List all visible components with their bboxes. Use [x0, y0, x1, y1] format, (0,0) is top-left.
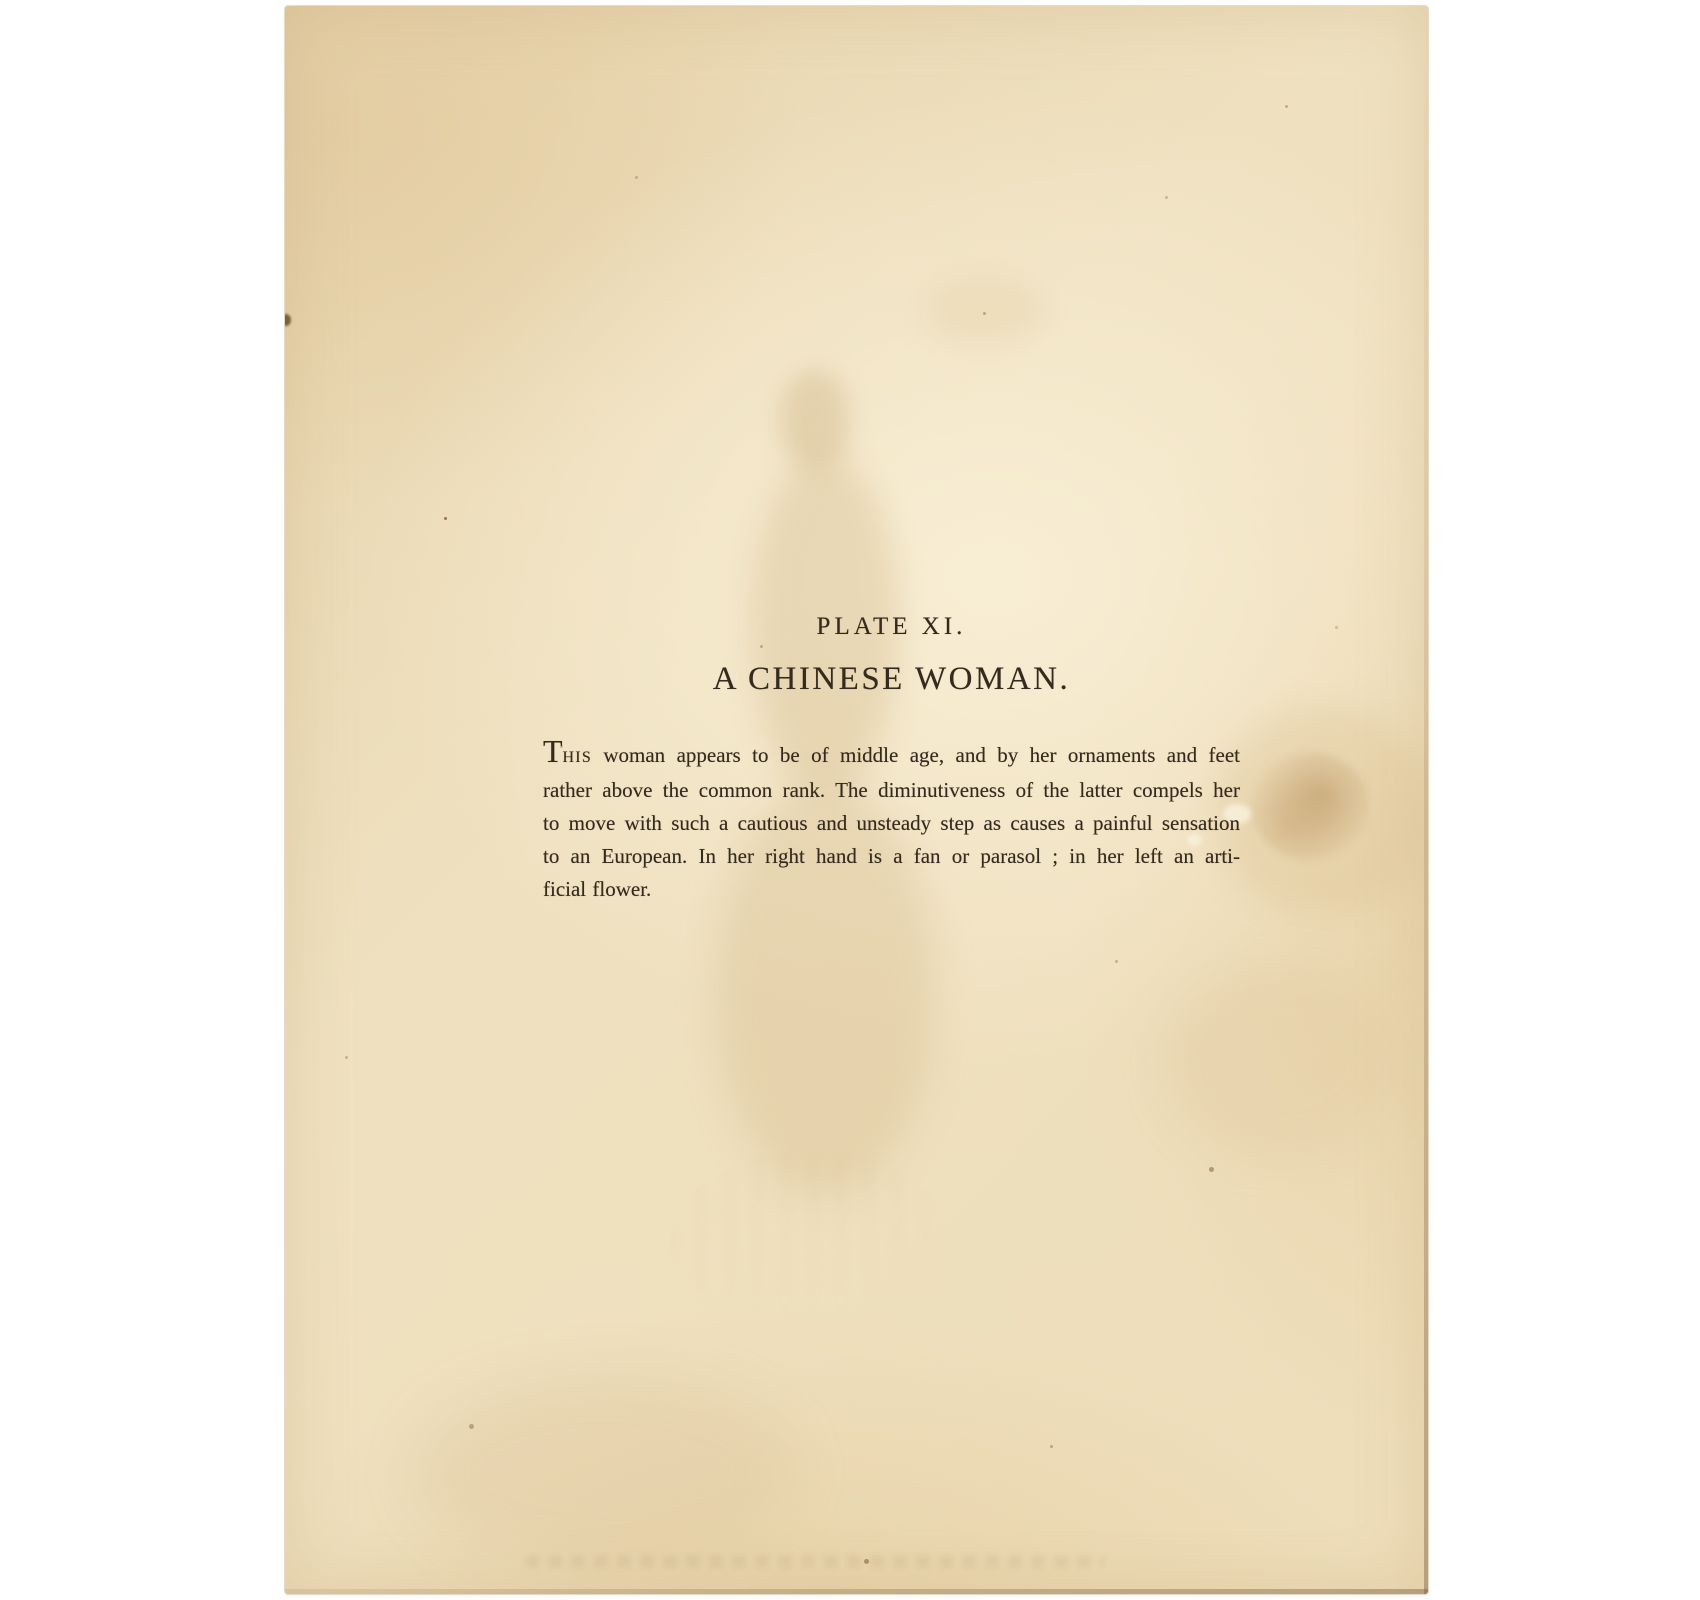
paper-edge-spot: [285, 314, 291, 326]
page-title: A CHINESE WOMAN.: [543, 659, 1240, 699]
paper-stain-right: [1251, 752, 1369, 860]
foxing-specks: [444, 517, 447, 520]
book-page: PLATE XI. A CHINESE WOMAN. THIS woman ap…: [285, 6, 1428, 1594]
paragraph-line: to an European. In her right hand is a f…: [543, 840, 1240, 873]
show-through-text-line: [525, 1555, 1105, 1568]
paper-stain-faint: [1165, 966, 1395, 1156]
description-paragraph: THIS woman appears to be of middle age, …: [543, 735, 1240, 906]
small-caps: HIS: [563, 749, 592, 766]
page-text: PLATE XI. A CHINESE WOMAN. THIS woman ap…: [543, 612, 1240, 906]
paper-stain-bottom: [415, 1376, 795, 1566]
page-edge-bottom: [285, 1589, 1428, 1594]
show-through-head: [780, 370, 850, 470]
paragraph-line: to move with such a cautious and unstead…: [543, 807, 1240, 840]
paper-stain-faint: [925, 276, 1045, 346]
drop-cap: T: [543, 733, 563, 769]
paragraph-line: THIS woman appears to be of middle age, …: [543, 735, 1240, 774]
scan-background: PLATE XI. A CHINESE WOMAN. THIS woman ap…: [0, 0, 1700, 1600]
show-through-streaks: [670, 1150, 950, 1336]
paragraph-line: rather above the common rank. The diminu…: [543, 774, 1240, 807]
plate-label: PLATE XI.: [543, 612, 1240, 642]
paragraph-line: ficial flower.: [543, 873, 1240, 906]
page-edge-right: [1424, 6, 1428, 1594]
line-text: woman appears to be of middle age, and b…: [592, 743, 1240, 767]
